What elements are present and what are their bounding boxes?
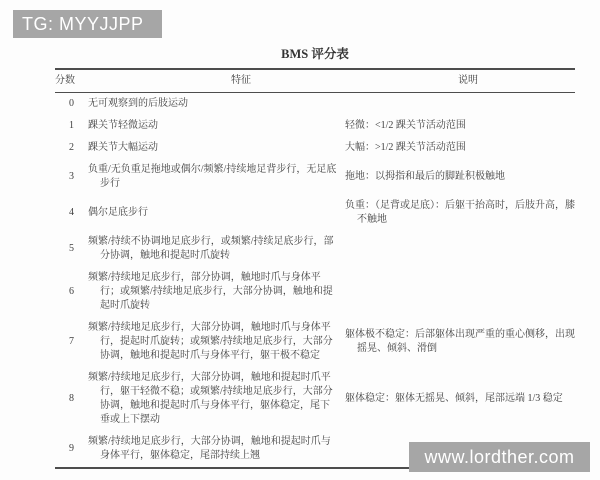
score-cell: 0 <box>55 97 88 111</box>
score-cell: 9 <box>55 442 88 456</box>
score-cell: 7 <box>55 335 88 349</box>
score-cell: 1 <box>55 119 88 133</box>
table-row-score-7: 7 频繁/持续地足底步行，大部分协调，触地时爪与身体平行，提起时爪旋转；或频繁/… <box>55 317 575 367</box>
score-cell: 3 <box>55 170 88 184</box>
watermark-telegram-badge: TG: MYYJJPP <box>13 10 162 38</box>
table-row-score-6: 6 频繁/持续地足底步行，部分协调，触地时爪与身体平行；或频繁/持续地足底步行，… <box>55 267 575 317</box>
feature-cell: 频繁/持续地足底步行，大部分协调，触地和提起时爪平行，躯干轻微不稳；或频繁/持续… <box>88 371 345 427</box>
table-header-row: 分数 特征 说明 <box>55 70 575 93</box>
note-cell: 大幅：>1/2 踝关节活动范围 <box>345 141 575 155</box>
feature-cell: 频繁/持续地足底步行，部分协调，触地时爪与身体平行；或频繁/持续地足底步行，大部… <box>88 271 345 313</box>
score-cell: 8 <box>55 392 88 406</box>
watermark-website-text: www.lordther.com <box>424 447 574 468</box>
table-title: BMS 评分表 <box>55 44 575 62</box>
feature-cell: 踝关节大幅运动 <box>88 141 345 155</box>
table-row-score-3: 3 负重/无负重足拖地或偶尔/频繁/持续地足背步行，无足底步行 拖地：以拇指和最… <box>55 159 575 195</box>
document-area: BMS 评分表 分数 特征 说明 0 无可观察到的后肢运动 1 踝关节轻微运动 … <box>55 44 575 469</box>
note-cell: 躯体稳定：躯体无摇晃、倾斜，尾部远端 1/3 稳定 <box>345 392 575 406</box>
feature-cell: 频繁/持续不协调地足底步行，或频繁/持续足底步行，部分协调，触地和提起时爪旋转 <box>88 235 345 263</box>
score-cell: 6 <box>55 285 88 299</box>
document-page: TG: MYYJJPP BMS 评分表 分数 特征 说明 0 无可观察到的后肢运… <box>0 0 600 480</box>
feature-cell: 偶尔足底步行 <box>88 206 345 220</box>
score-cell: 5 <box>55 242 88 256</box>
column-header-note: 说明 <box>361 74 575 88</box>
note-cell: 轻微：<1/2 踝关节活动范围 <box>345 119 575 133</box>
table-row-score-5: 5 频繁/持续不协调地足底步行，或频繁/持续足底步行，部分协调，触地和提起时爪旋… <box>55 231 575 267</box>
feature-cell: 频繁/持续地足底步行，大部分协调，触地和提起时爪与身体平行，躯体稳定，尾部持续上… <box>88 435 345 463</box>
note-cell: 负重：（足背或足底）：后躯干抬高时，后肢升高，膝不触地 <box>345 199 575 227</box>
column-header-feature: 特征 <box>121 74 361 88</box>
watermark-telegram-text: TG: MYYJJPP <box>22 14 144 35</box>
feature-cell: 无可观察到的后肢运动 <box>88 97 345 111</box>
column-header-score: 分数 <box>55 74 121 88</box>
bms-score-table: 分数 特征 说明 0 无可观察到的后肢运动 1 踝关节轻微运动 轻微：<1/2 … <box>55 68 575 469</box>
feature-cell: 踝关节轻微运动 <box>88 119 345 133</box>
table-row-score-1: 1 踝关节轻微运动 轻微：<1/2 踝关节活动范围 <box>55 115 575 137</box>
table-row-score-0: 0 无可观察到的后肢运动 <box>55 93 575 115</box>
score-cell: 2 <box>55 141 88 155</box>
note-cell: 躯体极不稳定：后部躯体出现严重的重心侧移，出现摇晃、倾斜、滑倒 <box>345 328 575 356</box>
feature-cell: 频繁/持续地足底步行，大部分协调，触地时爪与身体平行，提起时爪旋转；或频繁/持续… <box>88 321 345 363</box>
table-row-score-4: 4 偶尔足底步行 负重：（足背或足底）：后躯干抬高时，后肢升高，膝不触地 <box>55 195 575 231</box>
table-row-score-8: 8 频繁/持续地足底步行，大部分协调，触地和提起时爪平行，躯干轻微不稳；或频繁/… <box>55 367 575 431</box>
note-cell: 拖地：以拇指和最后的脚趾积极触地 <box>345 170 575 184</box>
table-row-score-2: 2 踝关节大幅运动 大幅：>1/2 踝关节活动范围 <box>55 137 575 159</box>
watermark-website-badge: www.lordther.com <box>409 442 590 472</box>
feature-cell: 负重/无负重足拖地或偶尔/频繁/持续地足背步行，无足底步行 <box>88 163 345 191</box>
score-cell: 4 <box>55 206 88 220</box>
